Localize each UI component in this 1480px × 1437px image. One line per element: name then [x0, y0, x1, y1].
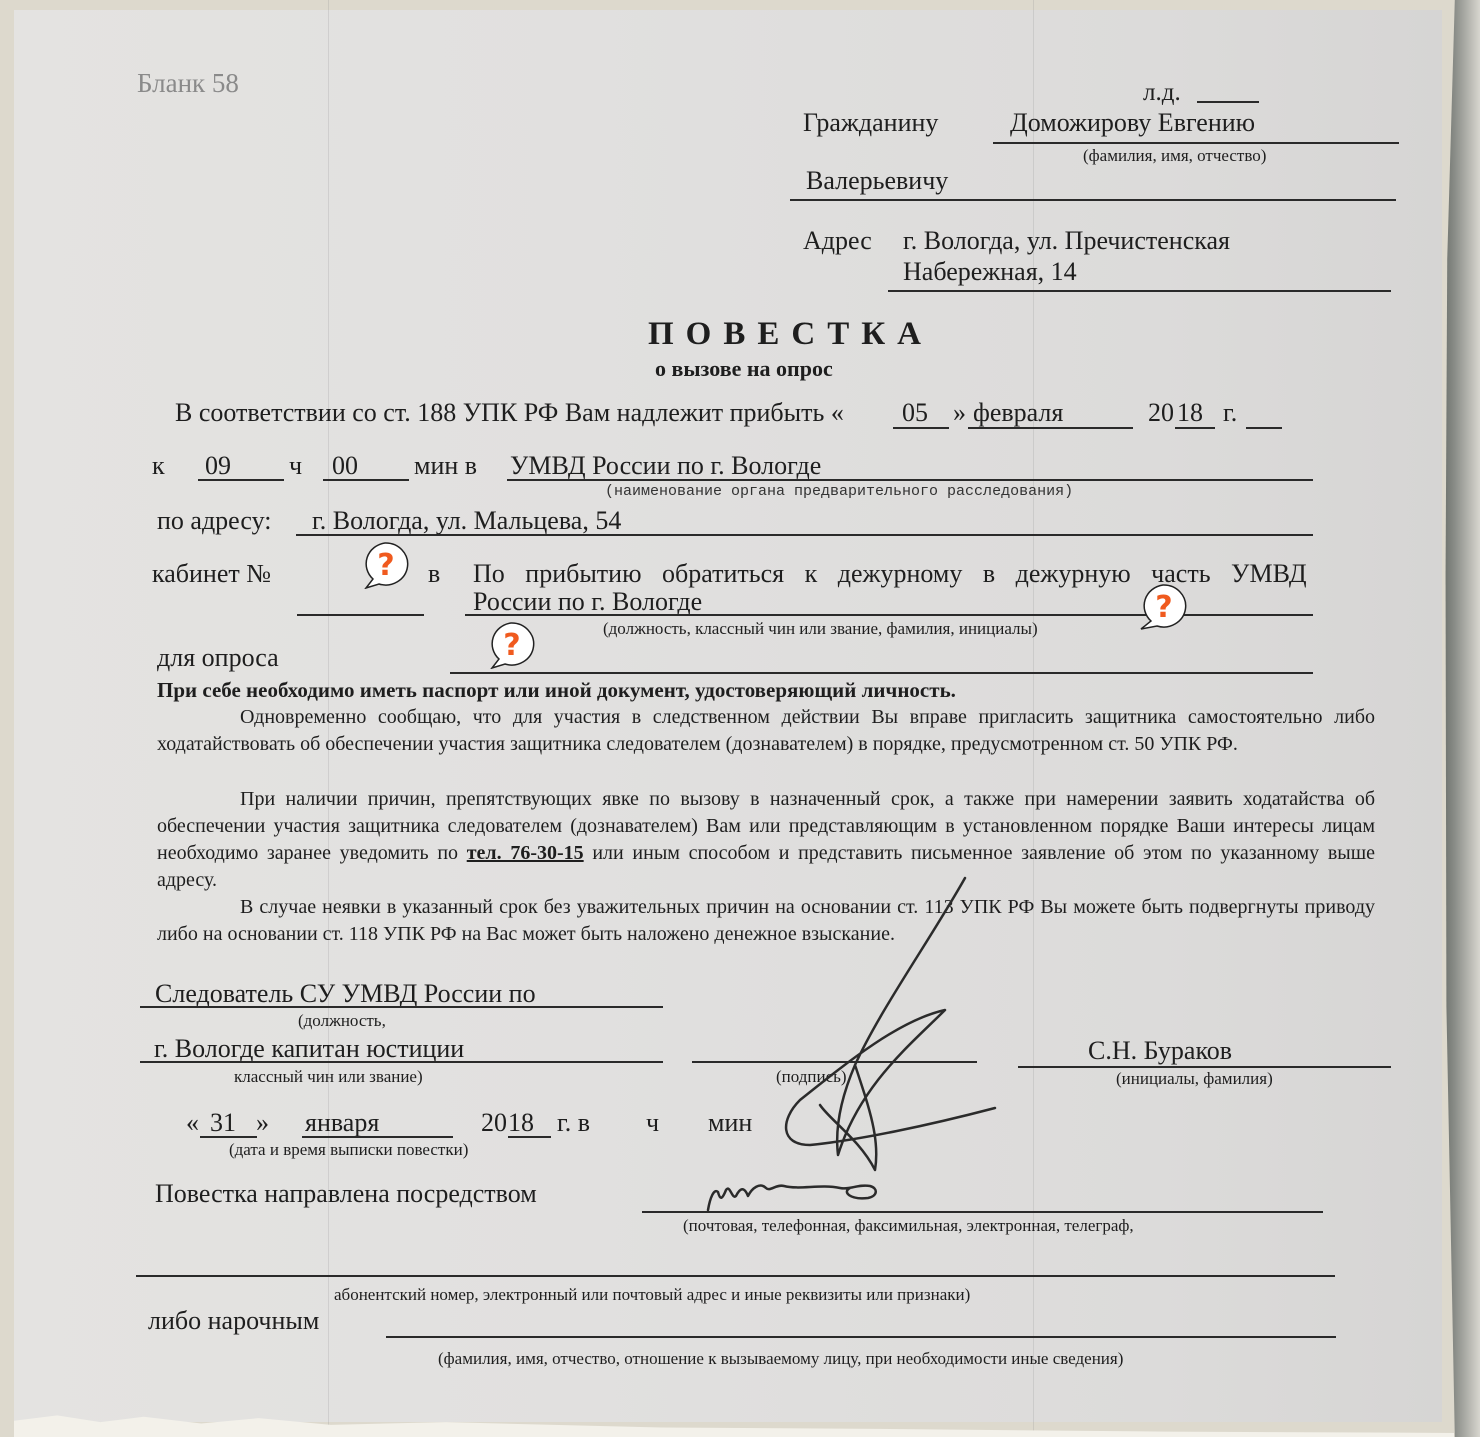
summons-extra-field[interactable]	[1246, 427, 1282, 429]
question-bubble-icon: ?	[360, 541, 410, 589]
case-number-field[interactable]	[1197, 101, 1259, 103]
issuer-position-line1: Следователь СУ УМВД России по	[155, 981, 536, 1007]
issue-day-field[interactable]	[200, 1136, 257, 1138]
delivery-hint2: абонентский номер, электронный или почто…	[334, 1286, 970, 1303]
summons-month: февраля	[973, 400, 1063, 426]
cabinet-number-field[interactable]	[297, 614, 424, 616]
summons-hour-field[interactable]	[198, 479, 284, 481]
courier-label: либо нарочным	[148, 1308, 319, 1334]
issue-year-prefix: 20	[481, 1110, 507, 1136]
svg-text:?: ?	[1155, 590, 1172, 625]
address-label: Адрес	[803, 228, 872, 254]
issue-year-suffix: 18	[508, 1110, 534, 1136]
hour-unit: ч	[289, 453, 302, 479]
paper-curl-shadow	[1438, 0, 1480, 1437]
issuer-position-field-2[interactable]	[140, 1061, 663, 1063]
issue-minute-unit: мин	[708, 1110, 752, 1136]
organ-name: УМВД России по г. Вологде	[510, 453, 821, 479]
recipient-name-field-2[interactable]	[790, 199, 1396, 201]
case-label: л.д.	[1143, 80, 1181, 105]
courier-field[interactable]	[386, 1336, 1336, 1338]
paragraph-defender: Одновременно сообщаю, что для участия в …	[157, 704, 1375, 758]
summons-month-field[interactable]	[968, 427, 1133, 429]
cabinet-to: в	[428, 561, 440, 587]
document-title: ПОВЕСТКА	[648, 318, 933, 351]
summons-year-prefix: 20	[1148, 400, 1174, 426]
issue-day: 31	[210, 1110, 236, 1136]
summons-year-suffix: 18	[1177, 400, 1203, 426]
organ-address: г. Вологда, ул. Мальцева, 54	[312, 508, 621, 534]
svg-text:?: ?	[503, 628, 520, 663]
issue-year-unit: г. в	[557, 1110, 590, 1136]
issue-year-field[interactable]	[508, 1136, 551, 1138]
address-line1: г. Вологда, ул. Пречистенская	[903, 228, 1230, 254]
issuer-position-field[interactable]	[140, 1006, 663, 1008]
organ-address-field[interactable]	[296, 534, 1313, 536]
form-number: Бланк 58	[137, 70, 239, 97]
issuer-position-hint2: классный чин или звание)	[234, 1068, 423, 1085]
delivery-handwriting	[700, 1170, 900, 1215]
delivery-label: Повестка направлена посредством	[155, 1181, 537, 1207]
issuer-name: С.Н. Бураков	[1088, 1038, 1232, 1064]
delivery-details-field[interactable]	[136, 1275, 1335, 1277]
address-line2: Набережная, 14	[903, 259, 1077, 285]
cabinet-label: кабинет №	[152, 561, 271, 587]
purpose-field[interactable]	[450, 672, 1313, 674]
question-bubble-icon: ?	[1138, 583, 1188, 631]
recipient-name-line1: Доможирову Евгению	[1010, 110, 1255, 136]
documents-notice: При себе необходимо иметь паспорт или ин…	[157, 680, 956, 701]
issuer-name-field[interactable]	[1018, 1066, 1391, 1068]
issuer-name-hint: (инициалы, фамилия)	[1116, 1070, 1273, 1087]
issuer-position-hint1: (должность,	[298, 1012, 386, 1029]
summons-year-unit: г.	[1223, 400, 1237, 426]
organ-field[interactable]	[507, 479, 1313, 481]
issue-hour-unit: ч	[646, 1110, 659, 1136]
question-bubble-icon: ?	[486, 621, 536, 669]
address-label-2: по адресу:	[157, 508, 271, 534]
delivery-hint1: (почтовая, телефонная, факсимильная, эле…	[683, 1217, 1134, 1234]
phone-number[interactable]: тел. 76-30-15	[467, 842, 584, 864]
issuer-position-line2: г. Вологде капитан юстиции	[154, 1036, 464, 1062]
summons-quote-close: »	[953, 400, 966, 426]
summons-day-field[interactable]	[893, 427, 949, 429]
issue-month-field[interactable]	[302, 1136, 453, 1138]
issue-month: января	[305, 1110, 379, 1136]
summons-hour: 09	[205, 453, 231, 479]
issue-date-hint: (дата и время выписки повестки)	[229, 1141, 468, 1158]
address-field[interactable]	[888, 290, 1391, 292]
time-prefix: к	[152, 453, 165, 479]
summons-minute: 00	[332, 453, 358, 479]
summons-year-field[interactable]	[1175, 427, 1215, 429]
courier-hint: (фамилия, имя, отчество, отношение к выз…	[438, 1350, 1123, 1367]
summons-day: 05	[902, 400, 928, 426]
svg-text:?: ?	[377, 548, 394, 583]
organ-hint: (наименование органа предварительного ра…	[605, 484, 1073, 499]
official-hint: (должность, классный чин или звание, фам…	[603, 620, 1038, 637]
minute-unit: мин в	[414, 453, 477, 479]
issue-close-quote: »	[256, 1110, 269, 1136]
recipient-name-hint: (фамилия, имя, отчество)	[1083, 147, 1266, 164]
recipient-label: Гражданину	[803, 110, 938, 136]
issue-open-quote: «	[186, 1110, 199, 1136]
recipient-name-line2: Валерьевичу	[806, 168, 948, 194]
summons-minute-field[interactable]	[323, 479, 409, 481]
signature-scribble	[760, 870, 1000, 1180]
official-line2: России по г. Вологде	[473, 589, 702, 615]
summons-intro: В соответствии со ст. 188 УПК РФ Вам над…	[175, 400, 844, 426]
purpose-label: для опроса	[157, 645, 279, 671]
document-subtitle: о вызове на опрос	[655, 358, 833, 380]
recipient-name-field[interactable]	[993, 142, 1399, 144]
